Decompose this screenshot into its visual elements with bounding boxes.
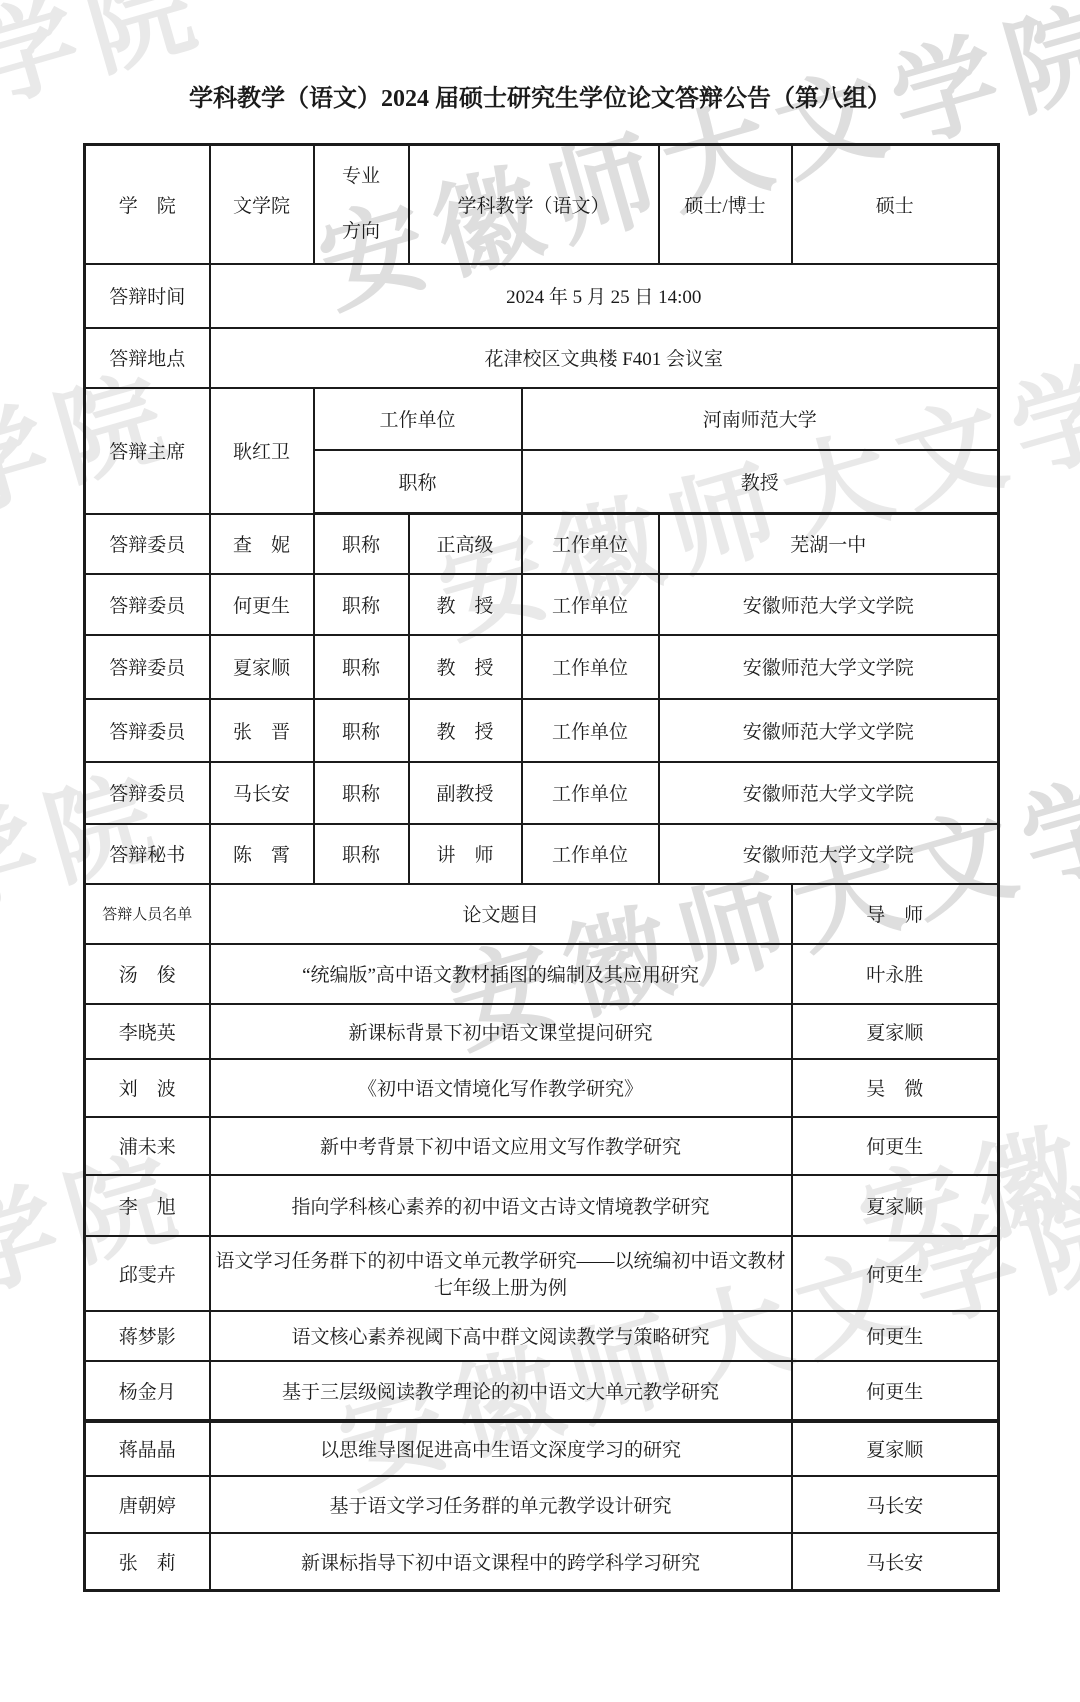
supervisor-cell: 夏家顺 — [792, 1004, 999, 1059]
thesis-title-cell: 新中考背景下初中语文应用文写作教学研究 — [210, 1117, 792, 1175]
table-row: 汤 俊 “统编版”高中语文教材插图的编制及其应用研究 叶永胜 — [85, 944, 999, 1004]
student-name-cell: 张 莉 — [85, 1533, 210, 1591]
member-title-value-cell: 副教授 — [409, 762, 522, 824]
supervisor-cell: 夏家顺 — [792, 1421, 999, 1476]
supervisor-cell: 吴 微 — [792, 1059, 999, 1117]
member-name-cell: 马长安 — [210, 762, 314, 824]
table-row: 答辩委员 查 妮 职称 正高级 工作单位 芜湖一中 — [85, 514, 999, 574]
member-title-value-cell: 教 授 — [409, 574, 522, 635]
student-name-cell: 唐朝婷 — [85, 1476, 210, 1533]
place-label-cell: 答辩地点 — [85, 328, 210, 388]
time-label-cell: 答辩时间 — [85, 264, 210, 328]
secretary-title-label-cell: 职称 — [314, 824, 409, 884]
table-row: 答辩时间 2024 年 5 月 25 日 14:00 — [85, 264, 999, 328]
supervisor-cell: 何更生 — [792, 1236, 999, 1311]
student-name-cell: 蒋晶晶 — [85, 1421, 210, 1476]
table-row: 学 院 文学院 专业 方向 学科教学（语文） 硕士/博士 硕士 — [85, 145, 999, 264]
defense-announcement-table: 学 院 文学院 专业 方向 学科教学（语文） 硕士/博士 硕士 答辩时间 202… — [83, 143, 1000, 1592]
member-name-cell: 查 妮 — [210, 514, 314, 574]
thesis-title-header-cell: 论文题目 — [210, 884, 792, 944]
supervisor-cell: 马长安 — [792, 1476, 999, 1533]
table-row: 蒋梦影 语文核心素养视阈下高中群文阅读教学与策略研究 何更生 — [85, 1311, 999, 1361]
chair-label-cell: 答辩主席 — [85, 388, 210, 514]
table-row: 浦未来 新中考背景下初中语文应用文写作教学研究 何更生 — [85, 1117, 999, 1175]
table-row: 答辩人员名单 论文题目 导 师 — [85, 884, 999, 944]
supervisor-cell: 何更生 — [792, 1361, 999, 1421]
table-row: 杨金月 基于三层级阅读教学理论的初中语文大单元教学研究 何更生 — [85, 1361, 999, 1421]
thesis-title-cell: 语文学习任务群下的初中语文单元教学研究——以统编初中语文教材七年级上册为例 — [210, 1236, 792, 1311]
student-name-cell: 浦未来 — [85, 1117, 210, 1175]
major-label-cell: 专业 方向 — [314, 145, 409, 264]
table-row: 蒋晶晶 以思维导图促进高中生语文深度学习的研究 夏家顺 — [85, 1421, 999, 1476]
thesis-title-cell: 《初中语文情境化写作教学研究》 — [210, 1059, 792, 1117]
chair-workunit-label-cell: 工作单位 — [314, 388, 522, 450]
member-workunit-label-cell: 工作单位 — [522, 635, 659, 699]
secretary-role-cell: 答辩秘书 — [85, 824, 210, 884]
major-label-line1: 专业 — [315, 149, 408, 204]
table-row: 张 莉 新课标指导下初中语文课程中的跨学科学习研究 马长安 — [85, 1533, 999, 1591]
student-name-cell: 邱雯卉 — [85, 1236, 210, 1311]
table-row: 唐朝婷 基于语文学习任务群的单元教学设计研究 马长安 — [85, 1476, 999, 1533]
thesis-title-cell: 以思维导图促进高中生语文深度学习的研究 — [210, 1421, 792, 1476]
table-row: 答辩委员 夏家顺 职称 教 授 工作单位 安徽师范大学文学院 — [85, 635, 999, 699]
thesis-title-cell: 新课标背景下初中语文课堂提问研究 — [210, 1004, 792, 1059]
student-name-cell: 刘 波 — [85, 1059, 210, 1117]
member-workunit-value-cell: 芜湖一中 — [659, 514, 999, 574]
member-workunit-label-cell: 工作单位 — [522, 514, 659, 574]
member-title-label-cell: 职称 — [314, 699, 409, 762]
degree-options-cell: 硕士/博士 — [659, 145, 792, 264]
chair-title-value-cell: 教授 — [522, 450, 999, 514]
supervisor-header-cell: 导 师 — [792, 884, 999, 944]
member-title-value-cell: 教 授 — [409, 635, 522, 699]
member-role-cell: 答辩委员 — [85, 574, 210, 635]
supervisor-cell: 叶永胜 — [792, 944, 999, 1004]
member-workunit-label-cell: 工作单位 — [522, 762, 659, 824]
degree-value-cell: 硕士 — [792, 145, 999, 264]
member-workunit-label-cell: 工作单位 — [522, 574, 659, 635]
college-value-cell: 文学院 — [210, 145, 314, 264]
member-name-cell: 何更生 — [210, 574, 314, 635]
table-row: 李 旭 指向学科核心素养的初中语文古诗文情境教学研究 夏家顺 — [85, 1175, 999, 1236]
member-workunit-value-cell: 安徽师范大学文学院 — [659, 762, 999, 824]
thesis-title-cell: 语文核心素养视阈下高中群文阅读教学与策略研究 — [210, 1311, 792, 1361]
member-title-label-cell: 职称 — [314, 574, 409, 635]
student-name-cell: 汤 俊 — [85, 944, 210, 1004]
member-title-label-cell: 职称 — [314, 514, 409, 574]
table-row: 答辩委员 何更生 职称 教 授 工作单位 安徽师范大学文学院 — [85, 574, 999, 635]
table-row: 答辩委员 张 晋 职称 教 授 工作单位 安徽师范大学文学院 — [85, 699, 999, 762]
secretary-workunit-label-cell: 工作单位 — [522, 824, 659, 884]
chair-workunit-value-cell: 河南师范大学 — [522, 388, 999, 450]
member-workunit-value-cell: 安徽师范大学文学院 — [659, 574, 999, 635]
thesis-title-cell: 新课标指导下初中语文课程中的跨学科学习研究 — [210, 1533, 792, 1591]
table-row: 答辩主席 耿红卫 工作单位 河南师范大学 — [85, 388, 999, 450]
chair-name-cell: 耿红卫 — [210, 388, 314, 514]
thesis-title-cell: 指向学科核心素养的初中语文古诗文情境教学研究 — [210, 1175, 792, 1236]
member-title-value-cell: 正高级 — [409, 514, 522, 574]
member-role-cell: 答辩委员 — [85, 514, 210, 574]
table-row: 答辩秘书 陈 霄 职称 讲 师 工作单位 安徽师范大学文学院 — [85, 824, 999, 884]
college-label-cell: 学 院 — [85, 145, 210, 264]
student-name-cell: 杨金月 — [85, 1361, 210, 1421]
member-title-value-cell: 教 授 — [409, 699, 522, 762]
member-name-cell: 夏家顺 — [210, 635, 314, 699]
thesis-title-cell: “统编版”高中语文教材插图的编制及其应用研究 — [210, 944, 792, 1004]
place-value-cell: 花津校区文典楼 F401 会议室 — [210, 328, 999, 388]
table-row: 邱雯卉 语文学习任务群下的初中语文单元教学研究——以统编初中语文教材七年级上册为… — [85, 1236, 999, 1311]
supervisor-cell: 夏家顺 — [792, 1175, 999, 1236]
secretary-name-cell: 陈 霄 — [210, 824, 314, 884]
major-label-line2: 方向 — [315, 204, 408, 259]
member-name-cell: 张 晋 — [210, 699, 314, 762]
student-name-cell: 蒋梦影 — [85, 1311, 210, 1361]
member-title-label-cell: 职称 — [314, 762, 409, 824]
secretary-title-value-cell: 讲 师 — [409, 824, 522, 884]
member-role-cell: 答辩委员 — [85, 635, 210, 699]
thesis-title-cell: 基于语文学习任务群的单元教学设计研究 — [210, 1476, 792, 1533]
table-row: 答辩委员 马长安 职称 副教授 工作单位 安徽师范大学文学院 — [85, 762, 999, 824]
secretary-workunit-value-cell: 安徽师范大学文学院 — [659, 824, 999, 884]
student-name-cell: 李 旭 — [85, 1175, 210, 1236]
page-title: 学科教学（语文）2024 届硕士研究生学位论文答辩公告（第八组） — [0, 78, 1080, 113]
candidates-label-cell: 答辩人员名单 — [85, 884, 210, 944]
member-workunit-value-cell: 安徽师范大学文学院 — [659, 635, 999, 699]
chair-title-label-cell: 职称 — [314, 450, 522, 514]
supervisor-cell: 马长安 — [792, 1533, 999, 1591]
thesis-title-cell: 基于三层级阅读教学理论的初中语文大单元教学研究 — [210, 1361, 792, 1421]
member-role-cell: 答辩委员 — [85, 762, 210, 824]
member-title-label-cell: 职称 — [314, 635, 409, 699]
supervisor-cell: 何更生 — [792, 1117, 999, 1175]
member-role-cell: 答辩委员 — [85, 699, 210, 762]
table-row: 答辩地点 花津校区文典楼 F401 会议室 — [85, 328, 999, 388]
member-workunit-value-cell: 安徽师范大学文学院 — [659, 699, 999, 762]
table-row: 刘 波 《初中语文情境化写作教学研究》 吴 微 — [85, 1059, 999, 1117]
supervisor-cell: 何更生 — [792, 1311, 999, 1361]
table-row: 李晓英 新课标背景下初中语文课堂提问研究 夏家顺 — [85, 1004, 999, 1059]
member-workunit-label-cell: 工作单位 — [522, 699, 659, 762]
major-value-cell: 学科教学（语文） — [409, 145, 659, 264]
student-name-cell: 李晓英 — [85, 1004, 210, 1059]
time-value-cell: 2024 年 5 月 25 日 14:00 — [210, 264, 999, 328]
